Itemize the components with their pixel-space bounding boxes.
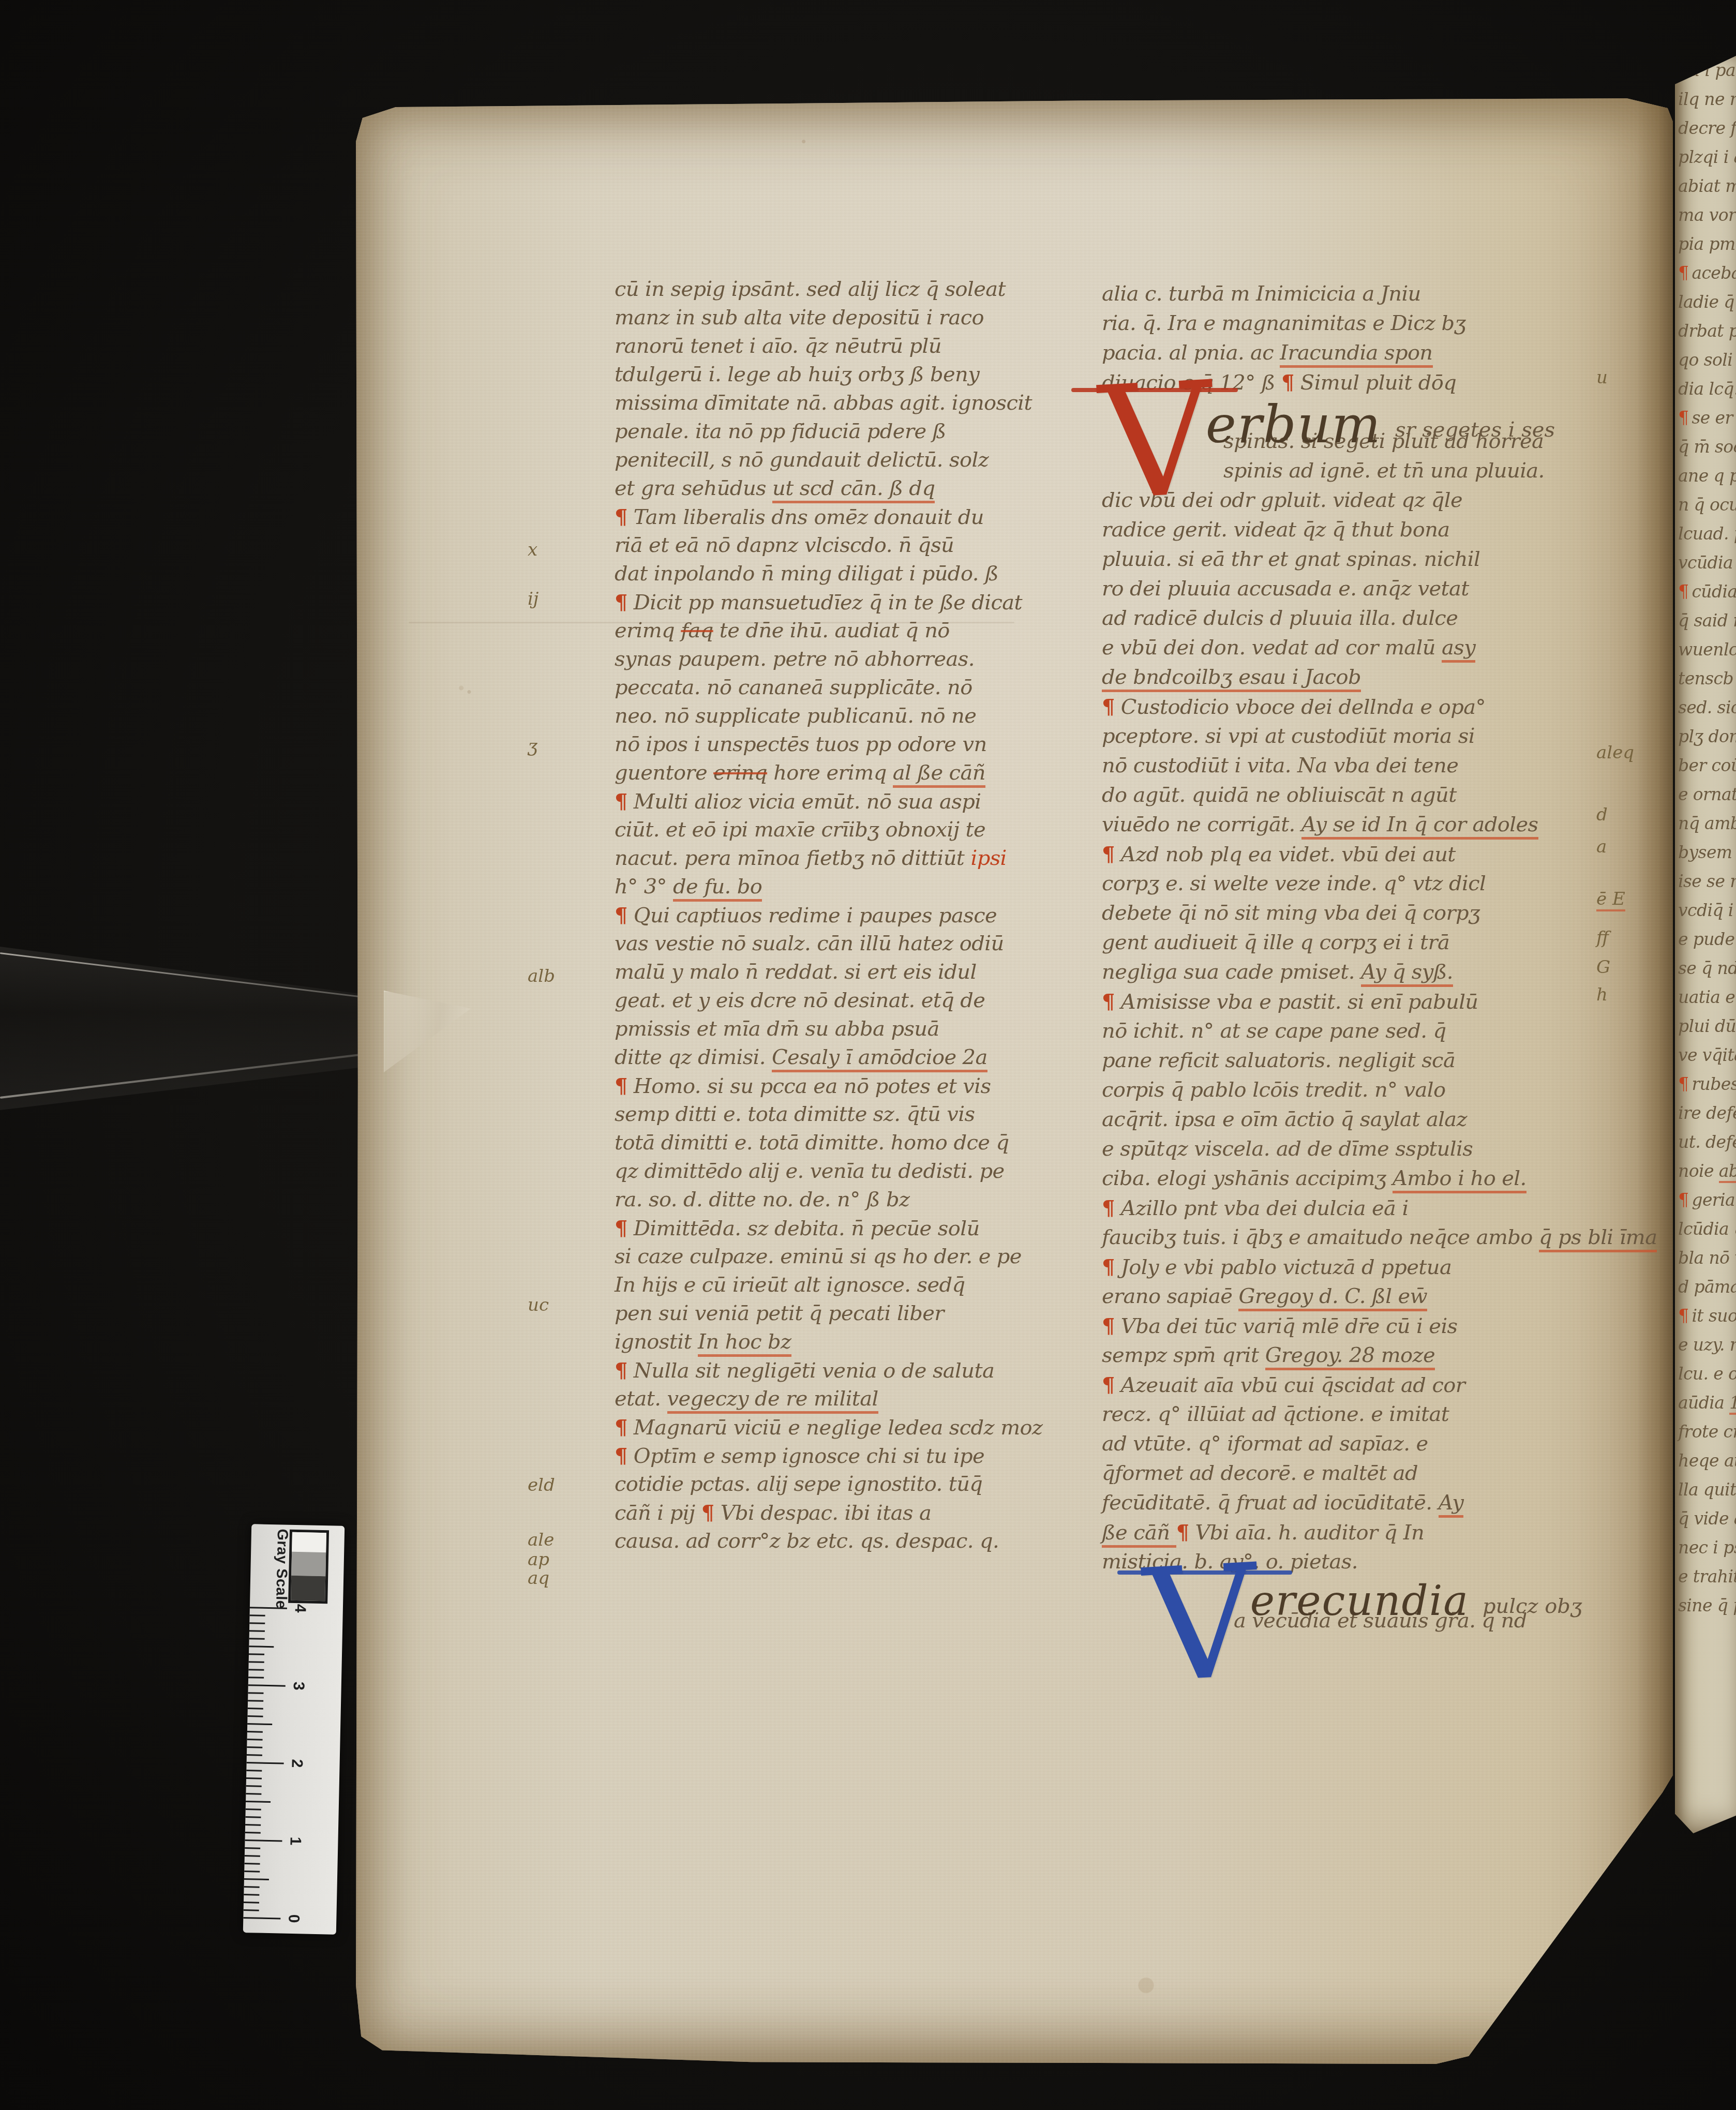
next-folio-text-line: q̄ m̄ societate: [1675, 432, 1736, 461]
ruler-tick: [247, 1715, 263, 1717]
text-segment: plzqi i abit: [1678, 147, 1736, 167]
manuscript-text-line: peccata. nō cananeā supplicāte. nō: [615, 674, 1088, 702]
manuscript-text-line: alia c. turbā m Inimicicia a Jniu: [1102, 279, 1575, 309]
ruler-tick: [246, 1793, 261, 1795]
pilcrow-mark: ¶: [615, 1444, 627, 1468]
ruler-tick: [245, 1832, 261, 1834]
text-segment: faq: [681, 619, 713, 642]
margin-index-letter: aq: [528, 1568, 549, 1589]
text-segment: q̄ ps bli īma: [1539, 1225, 1657, 1252]
text-segment: ra. so. d. ditte no. de. n° ß bz: [615, 1188, 909, 1211]
manuscript-text-line: ¶Magnarū viciū e neglige ledea scdz moz: [615, 1413, 1088, 1442]
text-segment: acebat i p: [1692, 263, 1736, 283]
gray-patch-black: [291, 1576, 325, 1601]
text-segment: gent audiueit q̄ ille q corpʒ ei i trā: [1102, 931, 1449, 954]
next-folio-text-line: noie abel et ca: [1675, 1157, 1736, 1186]
pilcrow-mark: ¶: [701, 1501, 714, 1525]
text-segment: abel et ca: [1719, 1161, 1736, 1183]
next-folio-text-line: q̄ said rpibʒ. i la: [1675, 606, 1736, 635]
next-folio-text-line: d pāma.: [1675, 1273, 1736, 1301]
text-segment: In hijs e cū irieūt alt ignosce. sedq̄: [615, 1273, 965, 1297]
text-segment: e pude. q̄ reldi: [1678, 929, 1736, 949]
next-folio-text-line: dia lcq̄. ifugie: [1675, 375, 1736, 403]
ruler-tick: [249, 1630, 265, 1632]
manuscript-text-line: causa. ad corr°z bz etc. qs. despac. q.: [615, 1527, 1088, 1555]
text-segment: pane reficit saluatoris. negligit scā: [1102, 1049, 1455, 1072]
text-segment: uatia emicat. u: [1678, 987, 1736, 1007]
manuscript-text-line: recz. q° illūiat ad q̄ctione. e imitat: [1102, 1400, 1575, 1429]
text-segment: erano sapiaē: [1102, 1284, 1238, 1308]
text-segment: nacut. pera mīnoa fietbʒ nō dittiūt: [615, 846, 970, 870]
manuscript-text-line: ¶Dicit pp mansuetudīez q̄ in te ße dicat: [615, 588, 1088, 617]
manuscript-text-line: ¶Tam liberalis dns omēz donauit du: [615, 503, 1088, 531]
pilcrow-mark: ¶: [1678, 408, 1688, 428]
manuscript-text-line: ad radicē dulcis d pluuia illa. dulce: [1102, 604, 1575, 633]
next-folio-text-line: lcūdia q̄i mcty: [1675, 1215, 1736, 1244]
text-segment: pluuia. si eā thr et gnat spinas. nichil: [1102, 547, 1480, 571]
text-segment: erinq: [713, 761, 767, 785]
text-segment: causa. ad corr°z bz etc. qs. despac. q.: [615, 1529, 999, 1553]
text-segment: e spūtqz viscela. ad de dīme ssptulis: [1102, 1137, 1473, 1161]
text-segment: lcu. e ore ī xpo: [1678, 1364, 1736, 1384]
pilcrow-mark: ¶: [1102, 1373, 1115, 1397]
text-segment: pia pma disti: [1678, 234, 1736, 254]
next-folio-text-line: lcuad. paulʒ vz: [1675, 519, 1736, 548]
text-segment: debete q̄i nō sit ming vba dei q̄ corpʒ: [1102, 901, 1480, 925]
next-folio-text-line: ladie q̄ nuo: [1675, 288, 1736, 317]
pilcrow-mark: ¶: [1102, 842, 1115, 866]
text-segment: pmissis et mīa dm̄ su abba psuā: [615, 1017, 939, 1041]
next-folio-text-line: e uzy. n ra elo: [1675, 1330, 1736, 1359]
manuscript-text-line: de bndcoilbʒ esau i Jacob: [1102, 663, 1575, 692]
text-segment: sed. sic vcūdia: [1678, 697, 1736, 717]
manuscript-text-line: ranorū tenet i aīo. q̄z nēutrū plū: [615, 332, 1088, 361]
text-segment: ut scd cān. ß dq: [772, 476, 935, 503]
decorated-initial: Verbumsr segetes i ses: [1101, 386, 1555, 498]
margin-index-letter: G: [1596, 957, 1610, 978]
text-segment: Cesaly ī amōdcioe 2a: [772, 1045, 987, 1072]
next-folio-text-line: ve vq̄itate: [1675, 1041, 1736, 1070]
next-folio-text-line: qo soli loq̄bat: [1675, 346, 1736, 375]
text-segment: penitecill, s nō gundauit delictū. solz: [615, 448, 989, 472]
text-segment: nq̄ amb°: [1678, 813, 1736, 833]
text-segment: peccata. nō cananeā supplicāte. nō: [615, 676, 972, 699]
manuscript-text-line: nacut. pera mīnoa fietbʒ nō dittiūt ipsi: [615, 844, 1088, 873]
text-segment: Dicit pp mansuetudīez q̄ in te ße dicat: [634, 591, 1022, 615]
ruler-tick: [249, 1653, 264, 1655]
next-folio-text-line: ¶se er vecund: [1675, 403, 1736, 432]
text-segment: erimq: [615, 619, 681, 642]
margin-index-letter: x: [528, 540, 537, 560]
manuscript-text-line: acq̄rit. ipsa e oīm āctio q̄ saylat alaz: [1102, 1105, 1575, 1134]
ruler-number: 4: [291, 1599, 309, 1618]
text-segment: Joly e vbi pablo victuzā d ppetua: [1121, 1255, 1451, 1279]
ruler-tick: [244, 1870, 260, 1873]
manuscript-text-line: etat. vegeczy de re milital: [615, 1385, 1088, 1413]
text-segment: Vba dei tūc variq̄ mlē dr̄e cū i eis: [1121, 1314, 1458, 1338]
manuscript-text-line: neo. nō supplicate publicanū. nō ne: [615, 702, 1088, 730]
ruler-tick: [245, 1855, 260, 1857]
next-folio-text-line: ire defende. q̄m: [1675, 1099, 1736, 1128]
manuscript-text-line: ¶Homo. si su pcca ea nō potes et vis: [615, 1072, 1088, 1100]
ruler-tick: [248, 1684, 286, 1687]
text-segment: ire defende. q̄m: [1678, 1103, 1736, 1123]
next-folio-text-line: e ornaty vl culpa: [1675, 780, 1736, 809]
text-segment: vcdiq̄ i vq̄ie. a: [1678, 900, 1736, 920]
manuscript-text-line: ¶Custodicio vboce dei dellnda e opa°: [1102, 692, 1575, 722]
text-segment: lcūdia q̄i mcty: [1678, 1219, 1736, 1239]
initial-letter: V: [1142, 1565, 1260, 1683]
text-segment: penale. ita nō pp fiduciā pdere ß: [615, 420, 946, 443]
text-segment: In hoc bz: [698, 1330, 791, 1357]
text-segment: Azeuait aīa vbū cui q̄scidat ad cor: [1121, 1373, 1465, 1397]
text-segment: ma vor feru: [1678, 205, 1736, 225]
next-folio-text-line: drbat pirlo: [1675, 317, 1736, 346]
text-segment: plʒ dominz. ita a: [1678, 726, 1736, 746]
pilcrow-mark: ¶: [615, 1415, 627, 1440]
text-segment: ciūt. et eō ipi maxīe crīibʒ obnoxij te: [615, 818, 985, 842]
text-segment: wuenlce q̄ ame: [1678, 639, 1736, 660]
text-segment: e ornaty vl culpa: [1678, 784, 1736, 804]
manuscript-text-line: totā dimitti e. totā dimitte. homo dce q…: [615, 1129, 1088, 1157]
text-segment: h° 3°: [615, 875, 673, 899]
text-segment: dia lcq̄. ifugie: [1678, 379, 1736, 399]
manuscript-text-line: cāñ i pij ¶Vbi despac. ibi itas a: [615, 1499, 1088, 1527]
manuscript-text-line: ignostit In hoc bz: [615, 1328, 1088, 1356]
manuscript-page: cū in sepig ipsānt. sed alij licz q̄ sol…: [356, 98, 1673, 2064]
manuscript-text-line: malū y malo n̄ reddat. si ert eis idul: [615, 958, 1088, 986]
text-segment: dat inpolando n̄ ming diligat i pūdo. ß: [615, 562, 998, 586]
next-folio-text-line: plzqi i abit: [1675, 143, 1736, 172]
text-segment: frote cndi apu: [1678, 1421, 1736, 1442]
text-segment: Homo. si su pcca ea nō potes et vis: [634, 1074, 991, 1098]
pilcrow-mark: ¶: [1678, 263, 1688, 283]
text-segment: si caze culpaze. eminū si qs ho der. e p…: [615, 1245, 1022, 1268]
next-folio-text-line: plui dū vzbait: [1675, 1012, 1736, 1041]
text-segment: qo soli loq̄bat: [1678, 350, 1736, 370]
next-folio-text-line: ¶cūdia cū sl: [1675, 577, 1736, 606]
next-folio-text-line: nq̄ amb° ybid: [1675, 809, 1736, 838]
manuscript-text-line: missima dīmitate nā. abbas agit. ignosci…: [615, 389, 1088, 417]
text-segment: qz dimittēdo alij e. venīa tu dedisti. p…: [615, 1159, 1005, 1183]
gray-scale-card: Gray Scale 43210: [243, 1524, 345, 1935]
ruler-tick: [245, 1863, 260, 1865]
manuscript-text-line: ¶Vba dei tūc variq̄ mlē dr̄e cū i eis: [1102, 1311, 1575, 1341]
ruler-tick: [248, 1677, 264, 1679]
pilcrow-mark: ¶: [615, 590, 627, 615]
manuscript-text-line: e vbū dei don. vedat ad cor malū asy: [1102, 633, 1575, 663]
pilcrow-mark: ¶: [615, 1358, 627, 1383]
ruler-tick: [246, 1808, 261, 1810]
text-segment: totā dimitti e. totā dimitte. homo dce q…: [615, 1131, 1009, 1155]
text-segment: lcuad. paulʒ vz: [1678, 523, 1736, 544]
manuscript-text-line: tdulgerū i. lege ab huiʒ orbʒ ß beny: [615, 361, 1088, 389]
margin-index-letter: eld: [528, 1475, 555, 1495]
next-folio-text-line: ilq ne mod y: [1675, 85, 1736, 114]
manuscript-text-line: debete q̄i nō sit ming vba dei q̄ corpʒ: [1102, 899, 1575, 928]
manuscript-text-line: viuēdo ne corrigāt. Ay se id In q̄ cor a…: [1102, 810, 1575, 840]
manuscript-text-line: ditte qz dimisi. Cesaly ī amōdcioe 2a: [615, 1043, 1088, 1072]
ruler-tick: [249, 1661, 264, 1663]
manuscript-text-line: manz in sub alta vite depositū i raco: [615, 304, 1088, 332]
next-folio-text-line: wuenlce q̄ ame: [1675, 635, 1736, 664]
pilcrow-mark: ¶: [615, 1216, 627, 1240]
margin-index-letter: alb: [528, 966, 555, 986]
next-folio-text-line: frote cndi apu: [1675, 1417, 1736, 1446]
text-segment: etat.: [615, 1387, 667, 1411]
manuscript-text-line: nō ichit. n° at se cape pane sed. q̄: [1102, 1016, 1575, 1046]
text-segment: vcūdia i sobet: [1678, 552, 1736, 573]
next-folio-edge: ita i partis. silq ne mod ydecre fino. r…: [1675, 56, 1736, 1833]
margin-index-letter: ij: [528, 589, 538, 609]
text-segment: malū y malo n̄ reddat. si ert eis idul: [615, 960, 977, 984]
manuscript-text-line: vas vestie nō sualz. cān illū hatez odiū: [615, 930, 1088, 958]
photo-canvas: { "photo": { "subject": "medieval manusc…: [0, 0, 1736, 2110]
manuscript-text-line: ¶Nulla sit negligēti venia o de saluta: [615, 1356, 1088, 1385]
next-folio-text-line: bysem vcuis p: [1675, 838, 1736, 867]
manuscript-text-line: pceptore. si vpi at custodiūt moria si: [1102, 722, 1575, 751]
text-segment: de fu. bo: [673, 875, 762, 902]
text-segment: de bndcoilbʒ esau i Jacob: [1102, 665, 1361, 692]
text-segment: pceptore. si vpi at custodiūt moria si: [1102, 724, 1475, 748]
next-folio-text-line: lcu. e ore ī xpo: [1675, 1359, 1736, 1388]
pilcrow-mark: ¶: [615, 505, 627, 529]
text-segment: tenscb i mana: [1678, 668, 1736, 689]
next-folio-text-line: sed. sic vcūdia: [1675, 693, 1736, 722]
margin-index-letter: u: [1596, 367, 1608, 388]
manuscript-text-line: ¶Azillo pnt vba dei dulcia eā i: [1102, 1193, 1575, 1223]
next-folio-text-line: vcdiq̄ i vq̄ie. a: [1675, 896, 1736, 925]
text-segment: nō ipos i unspectēs tuos pp odore vn: [615, 732, 987, 756]
manuscript-text-line: ¶Optīm e semp ignosce chi si tu ipe: [615, 1442, 1088, 1470]
next-folio-text-line: plʒ dominz. ita a: [1675, 722, 1736, 751]
text-segment: rubesce dcm: [1692, 1074, 1736, 1094]
text-segment: ria. q̄. Ira e magnanimitas e Dicz bʒ: [1102, 311, 1466, 335]
text-segment: ipsi: [970, 846, 1006, 870]
text-segment: acq̄rit. ipsa e oīm āctio q̄ saylat alaz: [1102, 1108, 1467, 1131]
ruler-tick: [245, 1847, 260, 1849]
next-folio-text-line: decre fino. re: [1675, 114, 1736, 143]
text-segment: Qui captiuos redime i paupes pasce: [634, 904, 997, 927]
text-segment: vegeczy de re milital: [667, 1387, 878, 1414]
text-segment: d pāma.: [1678, 1277, 1736, 1297]
text-segment: nō ichit. n° at se cape pane sed. q̄: [1102, 1019, 1446, 1043]
text-segment: semp ditti e. tota dimitte sz. q̄tū vis: [615, 1102, 975, 1126]
text-segment: ad vtūte. q° iformat ad sapīaz. e: [1102, 1432, 1428, 1456]
manuscript-text-line: ¶Multi alioz vicia emūt. nō sua aspi: [615, 787, 1088, 816]
ruler-tick: [247, 1746, 262, 1748]
manuscript-text-line: pluuia. si eā thr et gnat spinas. nichil: [1102, 545, 1575, 574]
ruler-tick: [246, 1777, 262, 1779]
ruler-number: 1: [286, 1832, 304, 1850]
manuscript-text-line: ¶Joly e vbi pablo victuzā d ppetua: [1102, 1252, 1575, 1282]
ruler-tick: [247, 1723, 272, 1725]
text-segment: heqe atz q° crelbl: [1678, 1450, 1736, 1471]
ruler-tick: [248, 1692, 263, 1694]
text-segment: ve vq̄itate: [1678, 1045, 1736, 1065]
text-segment: e vbū dei don. vedat ad cor malū: [1102, 636, 1442, 660]
text-segment: neo. nō supplicate publicanū. nō ne: [615, 704, 976, 728]
manuscript-text-line: ciba. elogi yshānis accipimʒ Ambo i ho e…: [1102, 1164, 1575, 1193]
text-segment: riā et eā nō dapnz vlciscdo. n̄ q̄sū: [615, 533, 954, 557]
next-folio-text-line: abiat modestie: [1675, 172, 1736, 201]
manuscript-text-line: h° 3° de fu. bo: [615, 873, 1088, 901]
gray-patch-white: [292, 1532, 326, 1552]
page-holder-clip: [0, 947, 387, 1110]
text-segment: faucibʒ tuis. i q̄bʒ e amaitudo neq̄ce a…: [1102, 1225, 1539, 1249]
text-segment: Iracundia spon: [1280, 341, 1432, 368]
ruler-tick: [244, 1878, 269, 1880]
manuscript-text-line: corpis q̄ pablo lcōis tredit. n° valo: [1102, 1075, 1575, 1105]
margin-index-letter: aleq: [1596, 742, 1634, 763]
text-segment: negliga sua cade pmiset.: [1102, 960, 1361, 984]
initial-tail-text: pulcz obʒ: [1483, 1594, 1582, 1618]
next-folio-text-line: vcūdia i sobet: [1675, 548, 1736, 577]
text-segment: bysem vcuis p: [1678, 842, 1736, 862]
decorated-initial: Verecundiapulcz obʒ: [1145, 1568, 1582, 1680]
text-segment: Dimittēda. sz debita. n̄ pecūe solū: [634, 1217, 980, 1240]
manuscript-text-line: In hijs e cū irieūt alt ignosce. sedq̄: [615, 1271, 1088, 1299]
next-folio-text-line: ise se n vcuis p: [1675, 867, 1736, 896]
text-segment: Azillo pnt vba dei dulcia eā i: [1121, 1196, 1409, 1220]
text-segment: cū in sepig ipsānt. sed alij licz q̄ sol…: [615, 277, 1006, 301]
text-segment: corpis q̄ pablo lcōis tredit. n° valo: [1102, 1078, 1446, 1102]
ruler-tick: [246, 1770, 262, 1772]
text-segment: ditte qz dimisi.: [615, 1045, 772, 1069]
pilcrow-mark: ¶: [1102, 695, 1115, 719]
manuscript-text-line: cū in sepig ipsānt. sed alij licz q̄ sol…: [615, 275, 1088, 304]
text-segment: cūdia cū sl: [1692, 581, 1736, 602]
text-segment: Ambo i ho el.: [1393, 1166, 1527, 1193]
next-folio-text-line: uatia emicat. u: [1675, 983, 1736, 1012]
text-segment: alia c. turbā m Inimicicia a Jniu: [1102, 282, 1421, 306]
ruler-tick: [250, 1607, 287, 1609]
text-segment: se q̄ nd e vq̄itao: [1678, 958, 1736, 978]
pilcrow-mark: ¶: [1678, 1074, 1688, 1094]
ruler-tick: [243, 1917, 280, 1920]
manuscript-text-line: riā et eā nō dapnz vlciscdo. n̄ q̄sū: [615, 531, 1088, 560]
ruler-tick: [244, 1886, 260, 1888]
text-segment: bla nō vincūt. i: [1678, 1248, 1736, 1268]
text-segment: missima dīmitate nā. abbas agit. ignosci…: [615, 391, 1032, 415]
manuscript-text-line: sempz spm̄ qrit Gregoy. 28 moze: [1102, 1341, 1575, 1370]
next-folio-text-line: e pude. q̄ reldi: [1675, 925, 1736, 954]
ruler-tick: [246, 1785, 262, 1787]
pilcrow-mark: ¶: [1102, 1196, 1115, 1220]
text-segment: recz. q° illūiat ad q̄ctione. e imitat: [1102, 1402, 1449, 1426]
ruler-number: 0: [285, 1910, 303, 1928]
manuscript-text-line: cotidie pctas. alij sepe ignostito. tūq̄: [615, 1470, 1088, 1499]
manuscript-text-line: e spūtqz viscela. ad de dīme ssptulis: [1102, 1134, 1575, 1164]
text-segment: synas paupem. petre nō abhorreas.: [615, 647, 975, 671]
gutter-shadow: [1637, 98, 1673, 2064]
pilcrow-mark: ¶: [1102, 1314, 1115, 1338]
gray-scale-card-face: Gray Scale 43210: [243, 1524, 345, 1935]
next-folio-text-line: ¶it suo vq̄io: [1675, 1301, 1736, 1330]
manuscript-text-line: nō custodiūt i vita. Na vba dei tene: [1102, 751, 1575, 781]
next-folio-text-line: tenscb i mana: [1675, 664, 1736, 693]
text-segment: Ay q̄ syß.: [1361, 960, 1453, 987]
text-segment: it suo vq̄io: [1692, 1306, 1736, 1326]
next-folio-text-line: nec i psectos: [1675, 1533, 1736, 1562]
next-folio-text-line: sine q̄ pudor: [1675, 1591, 1736, 1620]
pilcrow-mark: ¶: [1102, 1255, 1115, 1279]
text-segment: sine q̄ pudor: [1678, 1595, 1736, 1615]
manuscript-text-line: ¶Dimittēda. sz debita. n̄ pecūe solū: [615, 1214, 1088, 1243]
text-segment: Gregoy d. C. ßl ew̄: [1238, 1284, 1427, 1311]
text-segment: cotidie pctas. alij sepe ignostito. tūq̄: [615, 1472, 982, 1496]
manuscript-text-line: erimq faq te dn̄e ihū. audiat q̄ nō: [615, 617, 1088, 645]
text-segment: Custodicio vboce dei dellnda e opa°: [1121, 695, 1486, 719]
pilcrow-mark: ¶: [615, 1074, 627, 1098]
next-folio-text-line: ita i partis. s: [1675, 56, 1736, 85]
text-segment: Ay: [1439, 1491, 1464, 1518]
ruler-tick: [245, 1816, 261, 1818]
manuscript-text-line: faucibʒ tuis. i q̄bʒ e amaitudo neq̄ce a…: [1102, 1223, 1575, 1252]
text-segment: Nulla sit negligēti venia o de saluta: [634, 1359, 994, 1383]
text-segment: ranorū tenet i aīo. q̄z nēutrū plū: [615, 334, 941, 358]
pilcrow-mark: ¶: [615, 903, 627, 927]
text-segment: ane q ptulit p: [1678, 466, 1736, 486]
gray-patch-mid-gray: [291, 1552, 326, 1576]
manuscript-text-line: qz dimittēdo alij e. venīa tu dedisti. p…: [615, 1157, 1088, 1186]
ruler-tick: [247, 1731, 263, 1733]
margin-index-letter: d: [1596, 804, 1608, 825]
next-folio-text-line: q̄ vide ai sua: [1675, 1504, 1736, 1533]
text-segment: plui dū vzbait: [1678, 1016, 1736, 1036]
text-segment: e uzy. n ra elo: [1678, 1335, 1736, 1355]
manuscript-text-line: dat inpolando n̄ ming diligat i pūdo. ß: [615, 560, 1088, 588]
next-folio-text-line: ane q ptulit p: [1675, 461, 1736, 490]
manuscript-text-line: ria. q̄. Ira e magnanimitas e Dicz bʒ: [1102, 309, 1575, 338]
ruler-ticks: [336, 1526, 345, 1935]
text-segment: nō custodiūt i vita. Na vba dei tene: [1102, 754, 1458, 777]
ruler-number: 2: [288, 1755, 306, 1773]
text-segment: Magnarū viciū e neglige ledea scdz moz: [634, 1416, 1043, 1440]
manuscript-text-line: ¶Azeuait aīa vbū cui q̄scidat ad cor: [1102, 1370, 1575, 1400]
ruler-tick: [249, 1622, 265, 1624]
pilcrow-mark: ¶: [1678, 1190, 1688, 1210]
text-segment: ise se n vcuis p: [1678, 871, 1736, 891]
text-segment: n q̄ oculos s: [1678, 495, 1736, 515]
pilcrow-mark: ¶: [615, 789, 627, 814]
manuscript-text-line: gent audiueit q̄ ille q corpʒ ei i trā: [1102, 928, 1575, 957]
text-segment: ber coūa. si nlc: [1678, 755, 1736, 775]
text-segment: ladie q̄ nuo: [1678, 292, 1736, 312]
text-segment: Azd nob plq ea videt. vbū dei aut: [1121, 843, 1456, 866]
manuscript-text-line: q̄formet ad decorē. e maltēt ad: [1102, 1459, 1575, 1488]
text-segment: aūdia: [1678, 1393, 1729, 1413]
text-segment: cāñ i pij: [615, 1501, 701, 1525]
manuscript-text-line: si caze culpaze. eminū si qs ho der. e p…: [615, 1243, 1088, 1271]
manuscript-text-line: guentore erinq hore erimq al ße cāñ: [615, 759, 1088, 787]
text-segment: noie: [1678, 1161, 1719, 1181]
ruler-tick: [245, 1824, 261, 1826]
text-segment: al ße cāñ: [893, 761, 985, 788]
next-folio-text-line: ¶rubesce dcm: [1675, 1070, 1736, 1099]
ruler-tick: [247, 1754, 262, 1756]
text-segment: fecūditatē. q̄ fruat ad iocūditatē.: [1102, 1491, 1439, 1515]
manuscript-text-line: ¶Amisisse vba e pastit. si enī pabulū: [1102, 987, 1575, 1016]
initial-tail-text: sr segetes i ses: [1395, 418, 1555, 442]
next-folio-text-line: n q̄ oculos s: [1675, 490, 1736, 519]
next-folio-text-line: se q̄ nd e vq̄itao: [1675, 954, 1736, 983]
ruler-tick: [244, 1902, 259, 1904]
text-segment: Gregoy. 28 moze: [1265, 1343, 1435, 1370]
text-segment: lla quitate acq m: [1678, 1479, 1736, 1500]
text-segment: Multi alioz vicia emūt. nō sua aspi: [634, 790, 981, 814]
ruler-tick: [247, 1739, 263, 1741]
